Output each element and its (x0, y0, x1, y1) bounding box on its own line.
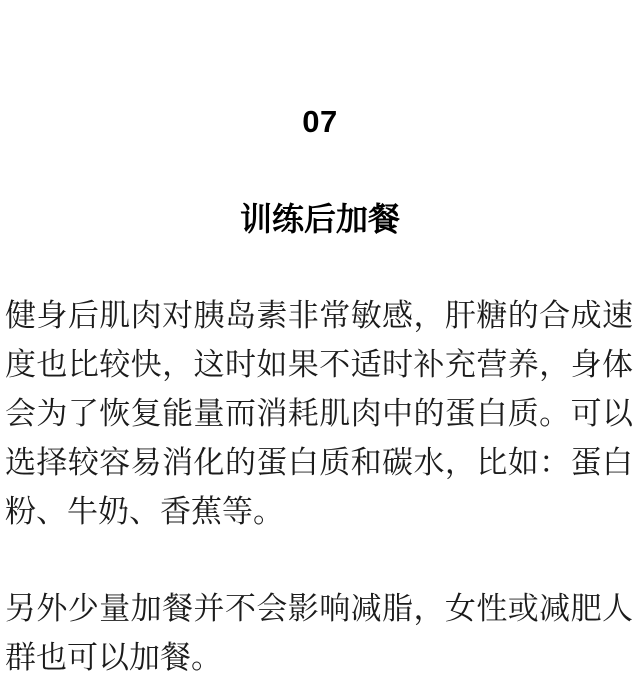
text-line: 度也比较快，这时如果不适时补充营养，身体 (5, 340, 633, 389)
text-line: 会为了恢复能量而消耗肌肉中的蛋白质。可以 (5, 389, 633, 438)
article-page: 07 训练后加餐 健身后肌肉对胰岛素非常敏感，肝糖的合成速度也比较快，这时如果不… (0, 0, 640, 676)
section-title: 训练后加餐 (0, 200, 640, 238)
paragraph-1: 健身后肌肉对胰岛素非常敏感，肝糖的合成速度也比较快，这时如果不适时补充营养，身体… (5, 291, 633, 536)
text-line: 粉、牛奶、香蕉等。 (5, 487, 633, 536)
text-line: 群也可以加餐。 (5, 633, 633, 676)
text-line: 健身后肌肉对胰岛素非常敏感，肝糖的合成速 (5, 291, 633, 340)
section-number: 07 (0, 103, 640, 141)
paragraph-2: 另外少量加餐并不会影响减脂，女性或减肥人群也可以加餐。 (5, 584, 633, 676)
text-line: 选择较容易消化的蛋白质和碳水，比如：蛋白 (5, 438, 633, 487)
text-line: 另外少量加餐并不会影响减脂，女性或减肥人 (5, 584, 633, 633)
